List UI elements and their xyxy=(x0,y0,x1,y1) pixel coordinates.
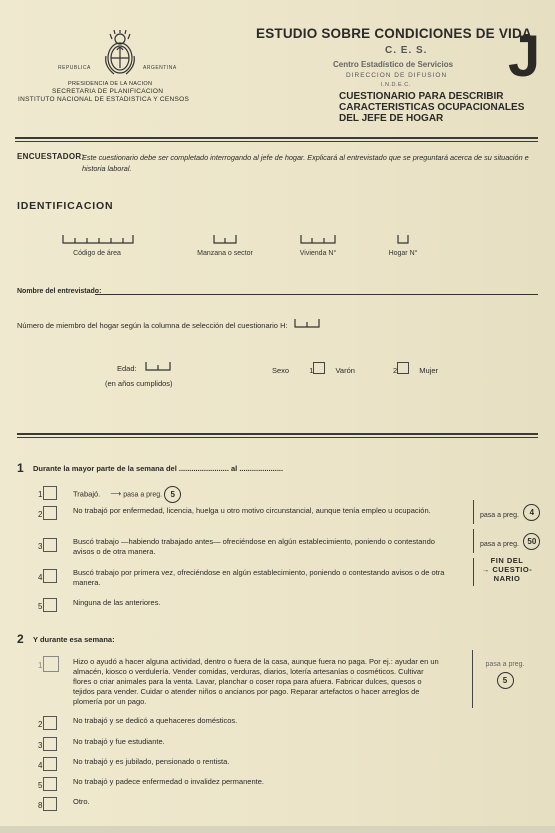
vivienda-label: Vivienda N° xyxy=(288,250,348,257)
option-code: 2 xyxy=(38,510,42,519)
miembro-label: Número de miembro del hogar según la col… xyxy=(17,319,320,330)
q2-option-8-label: Otro. xyxy=(73,797,90,807)
q2-option-4-checkbox[interactable] xyxy=(43,757,57,771)
q2-option-3-checkbox[interactable] xyxy=(43,737,57,751)
q2-option-1-label: Hizo o ayudó a hacer alguna actividad, d… xyxy=(73,657,443,707)
direccion-label: DIRECCION DE DIFUSION xyxy=(346,72,447,79)
q1-option-1-label: Trabajó. ⟶ pasa a preg. 5 xyxy=(73,486,181,503)
q2-option-1: 1 xyxy=(38,655,59,673)
goto-question-badge: 50 xyxy=(523,533,540,550)
q2-option-2-label: No trabajó y se dedicó a quehaceres domé… xyxy=(73,716,237,726)
varon-label: Varón xyxy=(335,366,354,375)
q2-skip-1: pasa a preg. 5 xyxy=(485,661,525,689)
codigo-area-label: Código de área xyxy=(62,250,132,257)
edad-digit-boxes[interactable] xyxy=(145,362,171,372)
mujer-label: Mujer xyxy=(419,366,438,375)
sexo-label: Sexo xyxy=(272,366,289,375)
varon-checkbox[interactable] xyxy=(313,362,325,374)
q1-option-2: 2 xyxy=(38,504,57,522)
vivienda-field[interactable]: Vivienda N° xyxy=(288,232,348,257)
option-code: 5 xyxy=(38,602,42,611)
digit-boxes-6 xyxy=(62,235,134,245)
q1-option-4: 4 xyxy=(38,567,57,585)
ces-label: C. E. S. xyxy=(385,45,427,56)
encuestador-label: ENCUESTADOR: xyxy=(17,152,84,161)
q2-text: Y durante esa semana: xyxy=(33,635,115,644)
q2-option-3-label: No trabajó y fue estudiante. xyxy=(73,737,165,747)
q1-bracket-2 xyxy=(473,500,474,524)
questionnaire-page: REPUBLICA ARGENTINA PRESIDENCIA DE LA NA… xyxy=(0,0,555,833)
option-code: 8 xyxy=(38,801,42,810)
q2-option-5: 5 xyxy=(38,775,57,793)
q2-option-3: 3 xyxy=(38,735,57,753)
q1-option-3-checkbox[interactable] xyxy=(43,538,57,552)
q2-option-8: 8 xyxy=(38,795,57,813)
study-title: ESTUDIO SOBRE CONDICIONES DE VIDA xyxy=(256,26,532,41)
edad-label: Edad: xyxy=(117,364,137,373)
skip-label: pasa a preg. xyxy=(123,491,162,498)
hogar-label: Hogar N° xyxy=(378,250,428,257)
q1-option-4-label: Buscó trabajo por primera vez, ofreciénd… xyxy=(73,568,448,588)
skip-label: pasa a preg. xyxy=(480,512,519,519)
q1-option-5-label: Ninguna de las anteriores. xyxy=(73,598,161,608)
section-divider xyxy=(17,433,538,438)
q1-skip-3: pasa a preg. 50 xyxy=(480,533,540,551)
q2-number: 2 xyxy=(17,632,24,646)
q1-option-5-checkbox[interactable] xyxy=(43,598,57,612)
fin-line: → CUESTIO- xyxy=(474,565,540,574)
fin-line: FIN DEL xyxy=(474,556,540,565)
goto-question-badge: 5 xyxy=(497,672,514,689)
q1-option-2-label: No trabajó por enfermedad, licencia, hue… xyxy=(73,506,448,516)
option-code: 3 xyxy=(38,542,42,551)
instituto-label: INSTITUTO NACIONAL DE ESTADISTICA Y CENS… xyxy=(18,96,189,103)
option-text: Trabajó. xyxy=(73,489,100,498)
option-code: 4 xyxy=(38,761,42,770)
nombre-label: Nombre del entrevistado: xyxy=(17,288,101,295)
option-code: 4 xyxy=(38,573,42,582)
q1-option-2-checkbox[interactable] xyxy=(43,506,57,520)
digit-boxes-1 xyxy=(397,235,409,245)
arrow-icon: ⟶ xyxy=(110,489,121,498)
centro-label: Centro Estadístico de Servicios xyxy=(333,60,453,69)
form-letter: J xyxy=(508,28,540,86)
option-code: 2 xyxy=(38,720,42,729)
option-code: 1 xyxy=(38,661,42,670)
fin-line: NARIO xyxy=(474,574,540,583)
mujer-checkbox[interactable] xyxy=(397,362,409,374)
encuestador-instructions: Este cuestionario debe ser completado in… xyxy=(82,152,537,174)
q1-option-1-checkbox[interactable] xyxy=(43,486,57,500)
argentina-label: ARGENTINA xyxy=(143,65,177,71)
q1-text: Durante la mayor parte de la semana del … xyxy=(33,464,283,473)
manzana-field[interactable]: Manzana o sector xyxy=(190,232,260,257)
q2-option-4-label: No trabajó y es jubilado, pensionado o r… xyxy=(73,757,229,767)
q1-bracket-3 xyxy=(473,529,474,553)
skip-label: pasa a preg. xyxy=(485,661,525,668)
q2-option-5-checkbox[interactable] xyxy=(43,777,57,791)
miembro-text: Número de miembro del hogar según la col… xyxy=(17,321,288,330)
q2-option-2: 2 xyxy=(38,714,57,732)
questionnaire-title-line: CARACTERISTICAS OCUPACIONALES xyxy=(339,102,524,113)
digit-boxes-2 xyxy=(213,235,237,245)
secretaria-label: SECRETARIA DE PLANIFICACION xyxy=(52,88,163,95)
q2-option-5-label: No trabajó y padece enfermedad o invalid… xyxy=(73,777,264,787)
q2-option-4: 4 xyxy=(38,755,57,773)
hogar-field[interactable]: Hogar N° xyxy=(378,232,428,257)
q2-option-8-checkbox[interactable] xyxy=(43,797,57,811)
q1-option-3-label: Buscó trabajo —habiendo trabajado antes—… xyxy=(73,537,448,557)
codigo-area-field[interactable]: Código de área xyxy=(62,232,132,257)
q1-skip-2: pasa a preg. 4 xyxy=(480,504,540,522)
skip-label: pasa a preg. xyxy=(480,541,519,548)
q1-option-4-checkbox[interactable] xyxy=(43,569,57,583)
edad-note: (en años cumplidos) xyxy=(105,379,173,388)
fin-del-cuestionario: FIN DEL → CUESTIO- NARIO xyxy=(474,556,540,583)
questionnaire-title-line: CUESTIONARIO PARA DESCRIBIR xyxy=(339,91,524,102)
q1-number: 1 xyxy=(17,461,24,475)
indec-label: I.N.D.E.C. xyxy=(381,82,411,88)
q1-option-3: 3 xyxy=(38,536,57,554)
header-divider xyxy=(15,137,538,142)
goto-question-badge: 5 xyxy=(164,486,181,503)
presidencia-label: PRESIDENCIA DE LA NACION xyxy=(68,81,152,87)
sexo-field: Sexo 1 Varón 2 Mujer xyxy=(272,362,438,375)
q2-option-1-checkbox[interactable] xyxy=(43,656,59,672)
q1-option-5: 5 xyxy=(38,596,57,614)
q2-bracket-1 xyxy=(472,650,473,708)
option-code: 5 xyxy=(38,781,42,790)
republica-label: REPUBLICA xyxy=(58,65,91,71)
coat-of-arms-icon xyxy=(100,30,140,78)
option-code: 3 xyxy=(38,741,42,750)
page-bottom-edge xyxy=(0,826,555,833)
option-code: 1 xyxy=(38,490,42,499)
digit-boxes-3 xyxy=(300,235,336,245)
questionnaire-title: CUESTIONARIO PARA DESCRIBIR CARACTERISTI… xyxy=(339,91,524,124)
manzana-label: Manzana o sector xyxy=(190,250,260,257)
goto-question-badge: 4 xyxy=(523,504,540,521)
identificacion-heading: IDENTIFICACION xyxy=(17,200,113,212)
questionnaire-title-line: DEL JEFE DE HOGAR xyxy=(339,113,524,124)
q1-option-1: 1 xyxy=(38,484,57,502)
edad-field: Edad: xyxy=(117,362,171,373)
nombre-input-line[interactable] xyxy=(95,294,538,295)
miembro-digit-boxes[interactable] xyxy=(294,319,320,329)
q2-option-2-checkbox[interactable] xyxy=(43,716,57,730)
